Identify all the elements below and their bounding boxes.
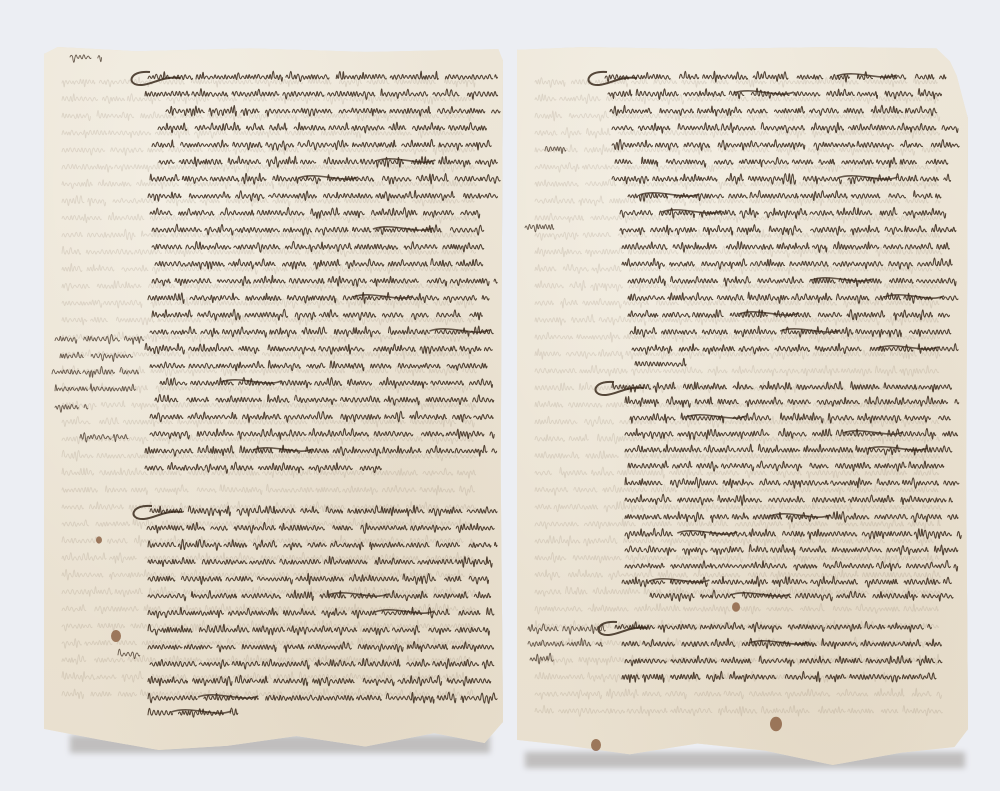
handwritten-line: Jamelys ... pastiert ... Stille [152, 241, 484, 252]
handwritten-line: dat ... heme ... 11 ... gedeelt [625, 477, 959, 488]
handwritten-line: ... wele ... dy ... quay 11 ... naer dat [152, 139, 491, 150]
handwritten-line: ... gaede ... wouve ... / ... doelaa [625, 528, 961, 539]
handwritten-line: ... soheid [635, 358, 686, 366]
handwritten-line: ... dat ... foorte ... sijn [148, 292, 489, 303]
ink-stain [770, 717, 782, 731]
paragraph-left-2: Pieter Daniel ... 11 ... ontkent ... ofo… [134, 505, 498, 717]
handwritten-line: ... achtegaelt ... ghet ... selfs ... [150, 173, 500, 184]
handwritten-line: ... / ... verundts [625, 512, 958, 523]
handwriting-layer: Jaaecky ghut gadde dog velde ... op ... … [0, 0, 1000, 791]
ink-stain [111, 630, 121, 642]
handwritten-line: gaete 11 ... heme [625, 545, 958, 556]
handwritten-line: ... de ... vrouw ... sielde ... kt ... c… [160, 377, 493, 388]
ink-stain [96, 536, 102, 543]
handwritten-line: ... grae ... ghe ... moet [625, 494, 952, 505]
handwritten-line: Joosyntch ... Joost ... dewalle [605, 71, 946, 82]
ink-stain [732, 602, 740, 612]
margin-note [55, 404, 88, 412]
handwritten-line: ghut ... of ... dat gy vosly [610, 105, 937, 116]
handwritten-line: ... dat ... gy ... mof [625, 396, 959, 407]
handwritten-line: ... de ... gatte ... selfs ... de [150, 428, 494, 439]
margin-note [525, 224, 554, 232]
ink-stain [591, 739, 601, 751]
margin-note [52, 366, 139, 377]
handwritten-line: ... daerin ... de ... ghe ... heme [625, 560, 958, 571]
bleed-through-left [62, 76, 477, 699]
margin-note [70, 55, 102, 62]
margin-note [80, 433, 128, 442]
handwritten-line: ... ondernement ... ghy ... welders [628, 310, 949, 320]
handwritten-line: ... naer ... ghe ... / ... ghe [628, 461, 944, 471]
paragraph-right-3: Jaques claerbaut ... Jaques ghut ... of … [599, 622, 942, 683]
handwritten-line: ... willeme ... Jule gaye [608, 88, 942, 99]
handwritten-line: ghe deposhtie [148, 708, 238, 717]
handwritten-line: ... deposante dat gy [628, 276, 956, 286]
paragraph-right-2: Lieven de Walle ... ghut ... of ... ontk… [596, 382, 962, 602]
bleed-through-right [535, 76, 942, 716]
